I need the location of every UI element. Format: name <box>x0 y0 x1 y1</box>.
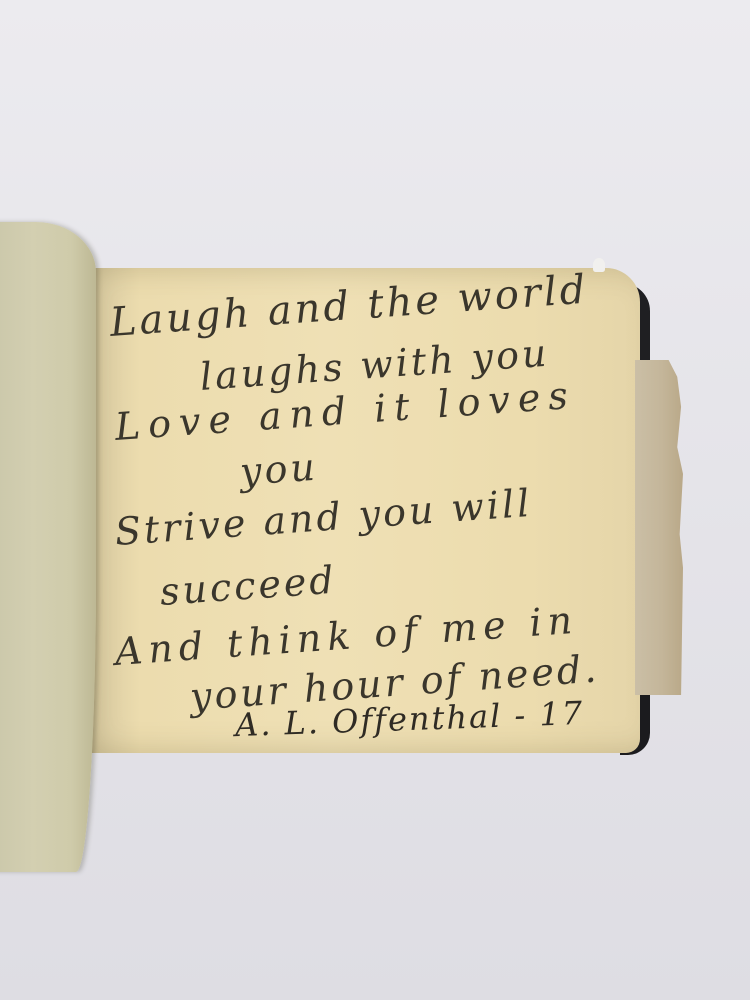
photo-scene: Laugh and the world laughs with you Love… <box>0 0 750 1000</box>
verse-line: Strive and you will <box>113 481 533 554</box>
verse-line: you <box>238 445 319 494</box>
verse-line: succeed <box>158 558 337 614</box>
handwritten-verse: Laugh and the world laughs with you Love… <box>0 0 750 1000</box>
